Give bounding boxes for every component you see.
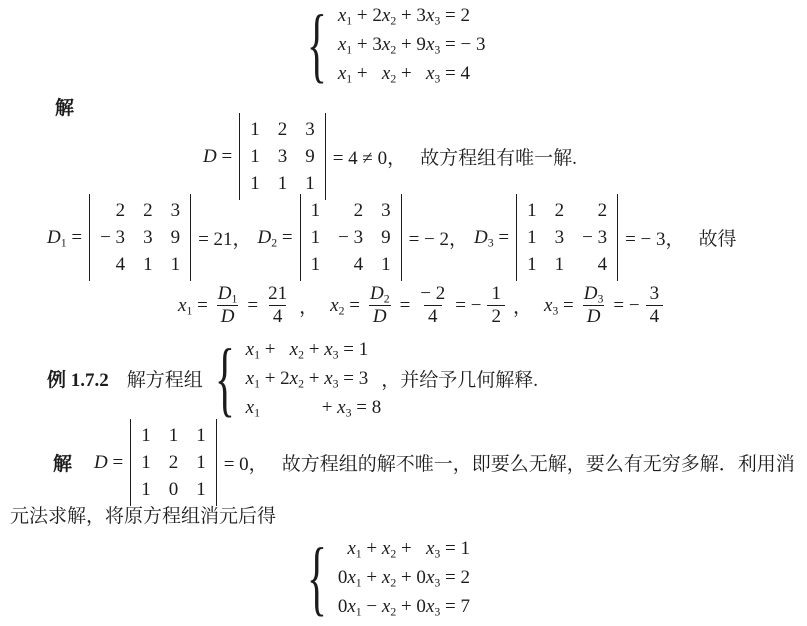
- fraction-21-over-4: 21 4: [264, 283, 291, 329]
- matrix-cell: 1: [527, 197, 537, 224]
- matrix-cell: 3: [305, 116, 315, 143]
- equation-2-3: x1 + x3 = 8: [246, 393, 382, 422]
- solve-label-1: 解: [55, 93, 74, 120]
- fraction-numerator: D2: [366, 283, 394, 305]
- equation-rows: x1 + 2x2 + 3x3 = 2 x1 + 3x2 + 9x3 = − 3 …: [338, 1, 486, 88]
- matrix-cell: 1: [171, 251, 181, 278]
- equation-3-3: 0x1 − x2 + 0x3 = 7: [338, 592, 470, 621]
- equation-3-1: x1 + x2 + x3 = 1: [338, 534, 470, 563]
- equation-rows: x1 + x2 + x3 = 1 x1 + 2x2 + x3 = 3 x1 + …: [246, 335, 382, 422]
- fraction-denominator: D: [583, 305, 605, 328]
- d-note-2: 故方程组的解不唯一，即要么无解，要么有无穷多解．利用消: [282, 449, 795, 476]
- matrix-cell: 1: [143, 251, 153, 278]
- matrix-cell: 4: [598, 251, 608, 278]
- matrix-cell: 1: [381, 251, 391, 278]
- d1-result: = 21，: [198, 224, 251, 251]
- example-post-text: ，并给予几何解释.: [381, 365, 538, 392]
- d-lhs: D =: [203, 146, 232, 168]
- x2-lhs: x2 =: [330, 295, 360, 317]
- d-result: = 4 ≠ 0，: [333, 143, 406, 170]
- determinant-d-line: D = 1 2 3 1 3 9 1 1 1 = 4 ≠ 0， 故方程组有唯一解.: [203, 113, 577, 200]
- matrix-cell: 1: [250, 143, 260, 170]
- determinant-d: 1 2 3 1 3 9 1 1 1: [239, 113, 326, 200]
- equation-1-1: x1 + 2x2 + 3x3 = 2: [338, 1, 486, 30]
- equation-system-2: { x1 + x2 + x3 = 1 x1 + 2x2 + x3 = 3 x1 …: [211, 335, 381, 422]
- example-pre-text: 解方程组: [127, 365, 203, 392]
- d3-lhs: D3 =: [474, 227, 509, 249]
- determinant-d1: 2 2 3 − 3 3 9 4 1 1: [89, 194, 191, 281]
- fraction-denominator: D: [217, 305, 239, 328]
- example-label: 例 1.7.2: [47, 365, 109, 392]
- equation-system-3: { x1 + x2 + x3 = 1 0x1 + x2 + 0x3 = 2 0x…: [303, 534, 470, 621]
- fraction-d3-over-d: D3 D: [580, 283, 608, 329]
- d3-result: = − 3，: [625, 224, 684, 251]
- matrix-cell: 1: [141, 422, 151, 449]
- fraction-1-over-2: 1 2: [487, 283, 505, 329]
- fraction-denominator: 4: [424, 305, 442, 328]
- matrix-cell: 1: [311, 251, 321, 278]
- matrix-d3: 1 2 2 1 3 − 3 1 1 4: [527, 197, 607, 278]
- matrix-d2: 1 2 3 1 − 3 9 1 4 1: [311, 197, 391, 278]
- matrix-cell: 1: [555, 251, 565, 278]
- matrix-cell: 1: [527, 224, 537, 251]
- fraction-denominator: 4: [269, 305, 287, 328]
- matrix-cell: 3: [143, 224, 153, 251]
- equation-2-2: x1 + 2x2 + x3 = 3: [246, 364, 382, 393]
- equation-2-1: x1 + x2 + x3 = 1: [246, 335, 382, 364]
- matrix-cell: 3: [555, 224, 565, 251]
- fraction-3-over-4: 3 4: [646, 283, 664, 329]
- equals-minus-sign: = −: [613, 295, 639, 317]
- matrix-cell: 9: [305, 143, 315, 170]
- x1-lhs: x1 =: [178, 295, 208, 317]
- equation-1-2: x1 + 3x2 + 9x3 = − 3: [338, 30, 486, 59]
- matrix-cell: 2: [354, 197, 364, 224]
- matrix-cell: 2: [555, 197, 565, 224]
- matrix-d-2: 1 1 1 1 2 1 1 0 1: [141, 422, 206, 503]
- matrix-cell: 4: [354, 251, 364, 278]
- left-brace-icon: {: [307, 535, 327, 619]
- equals-sign: =: [400, 295, 411, 317]
- equals-sign: =: [247, 295, 258, 317]
- fraction-numerator: 3: [646, 283, 664, 305]
- determinant-d-2: 1 1 1 1 2 1 1 0 1: [130, 419, 217, 506]
- fraction-numerator: 1: [487, 283, 505, 305]
- matrix-cell: 3: [171, 197, 181, 224]
- determinant-d3: 1 2 2 1 3 − 3 1 1 4: [516, 194, 618, 281]
- fraction-numerator: − 2: [416, 283, 449, 305]
- matrix-cell: 1: [250, 170, 260, 197]
- solve-label-2: 解: [53, 449, 72, 476]
- comma-separator: ，: [513, 292, 532, 319]
- matrix-cell: 0: [169, 476, 179, 503]
- textbook-page: { x1 + 2x2 + 3x3 = 2 x1 + 3x2 + 9x3 = − …: [0, 0, 807, 626]
- d-lhs-2: D =: [94, 452, 123, 474]
- fraction-denominator: 4: [646, 305, 664, 328]
- equation-rows: x1 + x2 + x3 = 1 0x1 + x2 + 0x3 = 2 0x1 …: [338, 534, 470, 621]
- matrix-cell: 1: [305, 170, 315, 197]
- x-solutions-line: x1 = D1 D = 21 4 ， x2 = D2 D = − 2 4 = −…: [178, 283, 669, 329]
- continuation-text: 元法求解，将原方程组消元后得: [10, 501, 276, 528]
- matrix-cell: 2: [143, 197, 153, 224]
- example-1-7-2-line: 例 1.7.2 解方程组 { x1 + x2 + x3 = 1 x1 + 2x2…: [47, 335, 538, 422]
- matrix-cell: 1: [169, 422, 179, 449]
- matrix-cell: 1: [196, 476, 206, 503]
- matrix-cell: 2: [278, 116, 288, 143]
- matrix-cell: 3: [278, 143, 288, 170]
- fraction-d2-over-d: D2 D: [366, 283, 394, 329]
- matrix-cell: 1: [141, 476, 151, 503]
- matrix-d: 1 2 3 1 3 9 1 1 1: [250, 116, 315, 197]
- matrix-cell: − 3: [338, 224, 363, 251]
- fraction-neg2-over-4: − 2 4: [416, 283, 449, 329]
- matrix-cell: 2: [116, 197, 126, 224]
- fraction-denominator: 2: [487, 305, 505, 328]
- matrix-cell: 1: [250, 116, 260, 143]
- matrix-cell: 1: [527, 251, 537, 278]
- determinant-d2: 1 2 3 1 − 3 9 1 4 1: [300, 194, 402, 281]
- matrix-cell: 1: [141, 449, 151, 476]
- x3-lhs: x3 =: [544, 295, 574, 317]
- matrix-cell: 1: [196, 422, 206, 449]
- matrix-cell: 2: [169, 449, 179, 476]
- matrix-cell: − 3: [100, 224, 125, 251]
- equals-minus-sign: = −: [455, 295, 481, 317]
- matrix-cell: 4: [116, 251, 126, 278]
- comma-separator: ，: [299, 292, 318, 319]
- matrix-cell: 9: [171, 224, 181, 251]
- matrix-cell: 1: [196, 449, 206, 476]
- matrix-d1: 2 2 3 − 3 3 9 4 1 1: [100, 197, 180, 278]
- equation-3-2: 0x1 + x2 + 0x3 = 2: [338, 563, 470, 592]
- d2-lhs: D2 =: [258, 227, 293, 249]
- matrix-cell: 1: [311, 224, 321, 251]
- matrix-cell: − 3: [582, 224, 607, 251]
- d-note: 故方程组有唯一解.: [420, 143, 577, 170]
- d1-lhs: D1 =: [47, 227, 82, 249]
- matrix-cell: 3: [381, 197, 391, 224]
- equation-1-3: x1 + x2 + x3 = 4: [338, 59, 486, 88]
- left-brace-icon: {: [215, 336, 235, 420]
- d2-result: = − 2，: [409, 224, 468, 251]
- d-result-2: = 0，: [224, 449, 268, 476]
- solve-2-line: 解 D = 1 1 1 1 2 1 1 0 1 = 0， 故方程组的解不唯一，即…: [53, 419, 795, 506]
- fraction-denominator: D: [369, 305, 391, 328]
- matrix-cell: 2: [598, 197, 608, 224]
- d123-conclusion: 故得: [699, 224, 737, 251]
- fraction-numerator: D3: [580, 283, 608, 305]
- left-brace-icon: {: [307, 2, 327, 86]
- matrix-cell: 9: [381, 224, 391, 251]
- determinants-d123-line: D1 = 2 2 3 − 3 3 9 4 1 1 = 21， D2 = 1 2 …: [47, 194, 737, 281]
- fraction-d1-over-d: D1 D: [214, 283, 242, 329]
- fraction-numerator: 21: [264, 283, 291, 305]
- equation-system-1: { x1 + 2x2 + 3x3 = 2 x1 + 3x2 + 9x3 = − …: [303, 1, 485, 88]
- matrix-cell: 1: [278, 170, 288, 197]
- fraction-numerator: D1: [214, 283, 242, 305]
- matrix-cell: 1: [311, 197, 321, 224]
